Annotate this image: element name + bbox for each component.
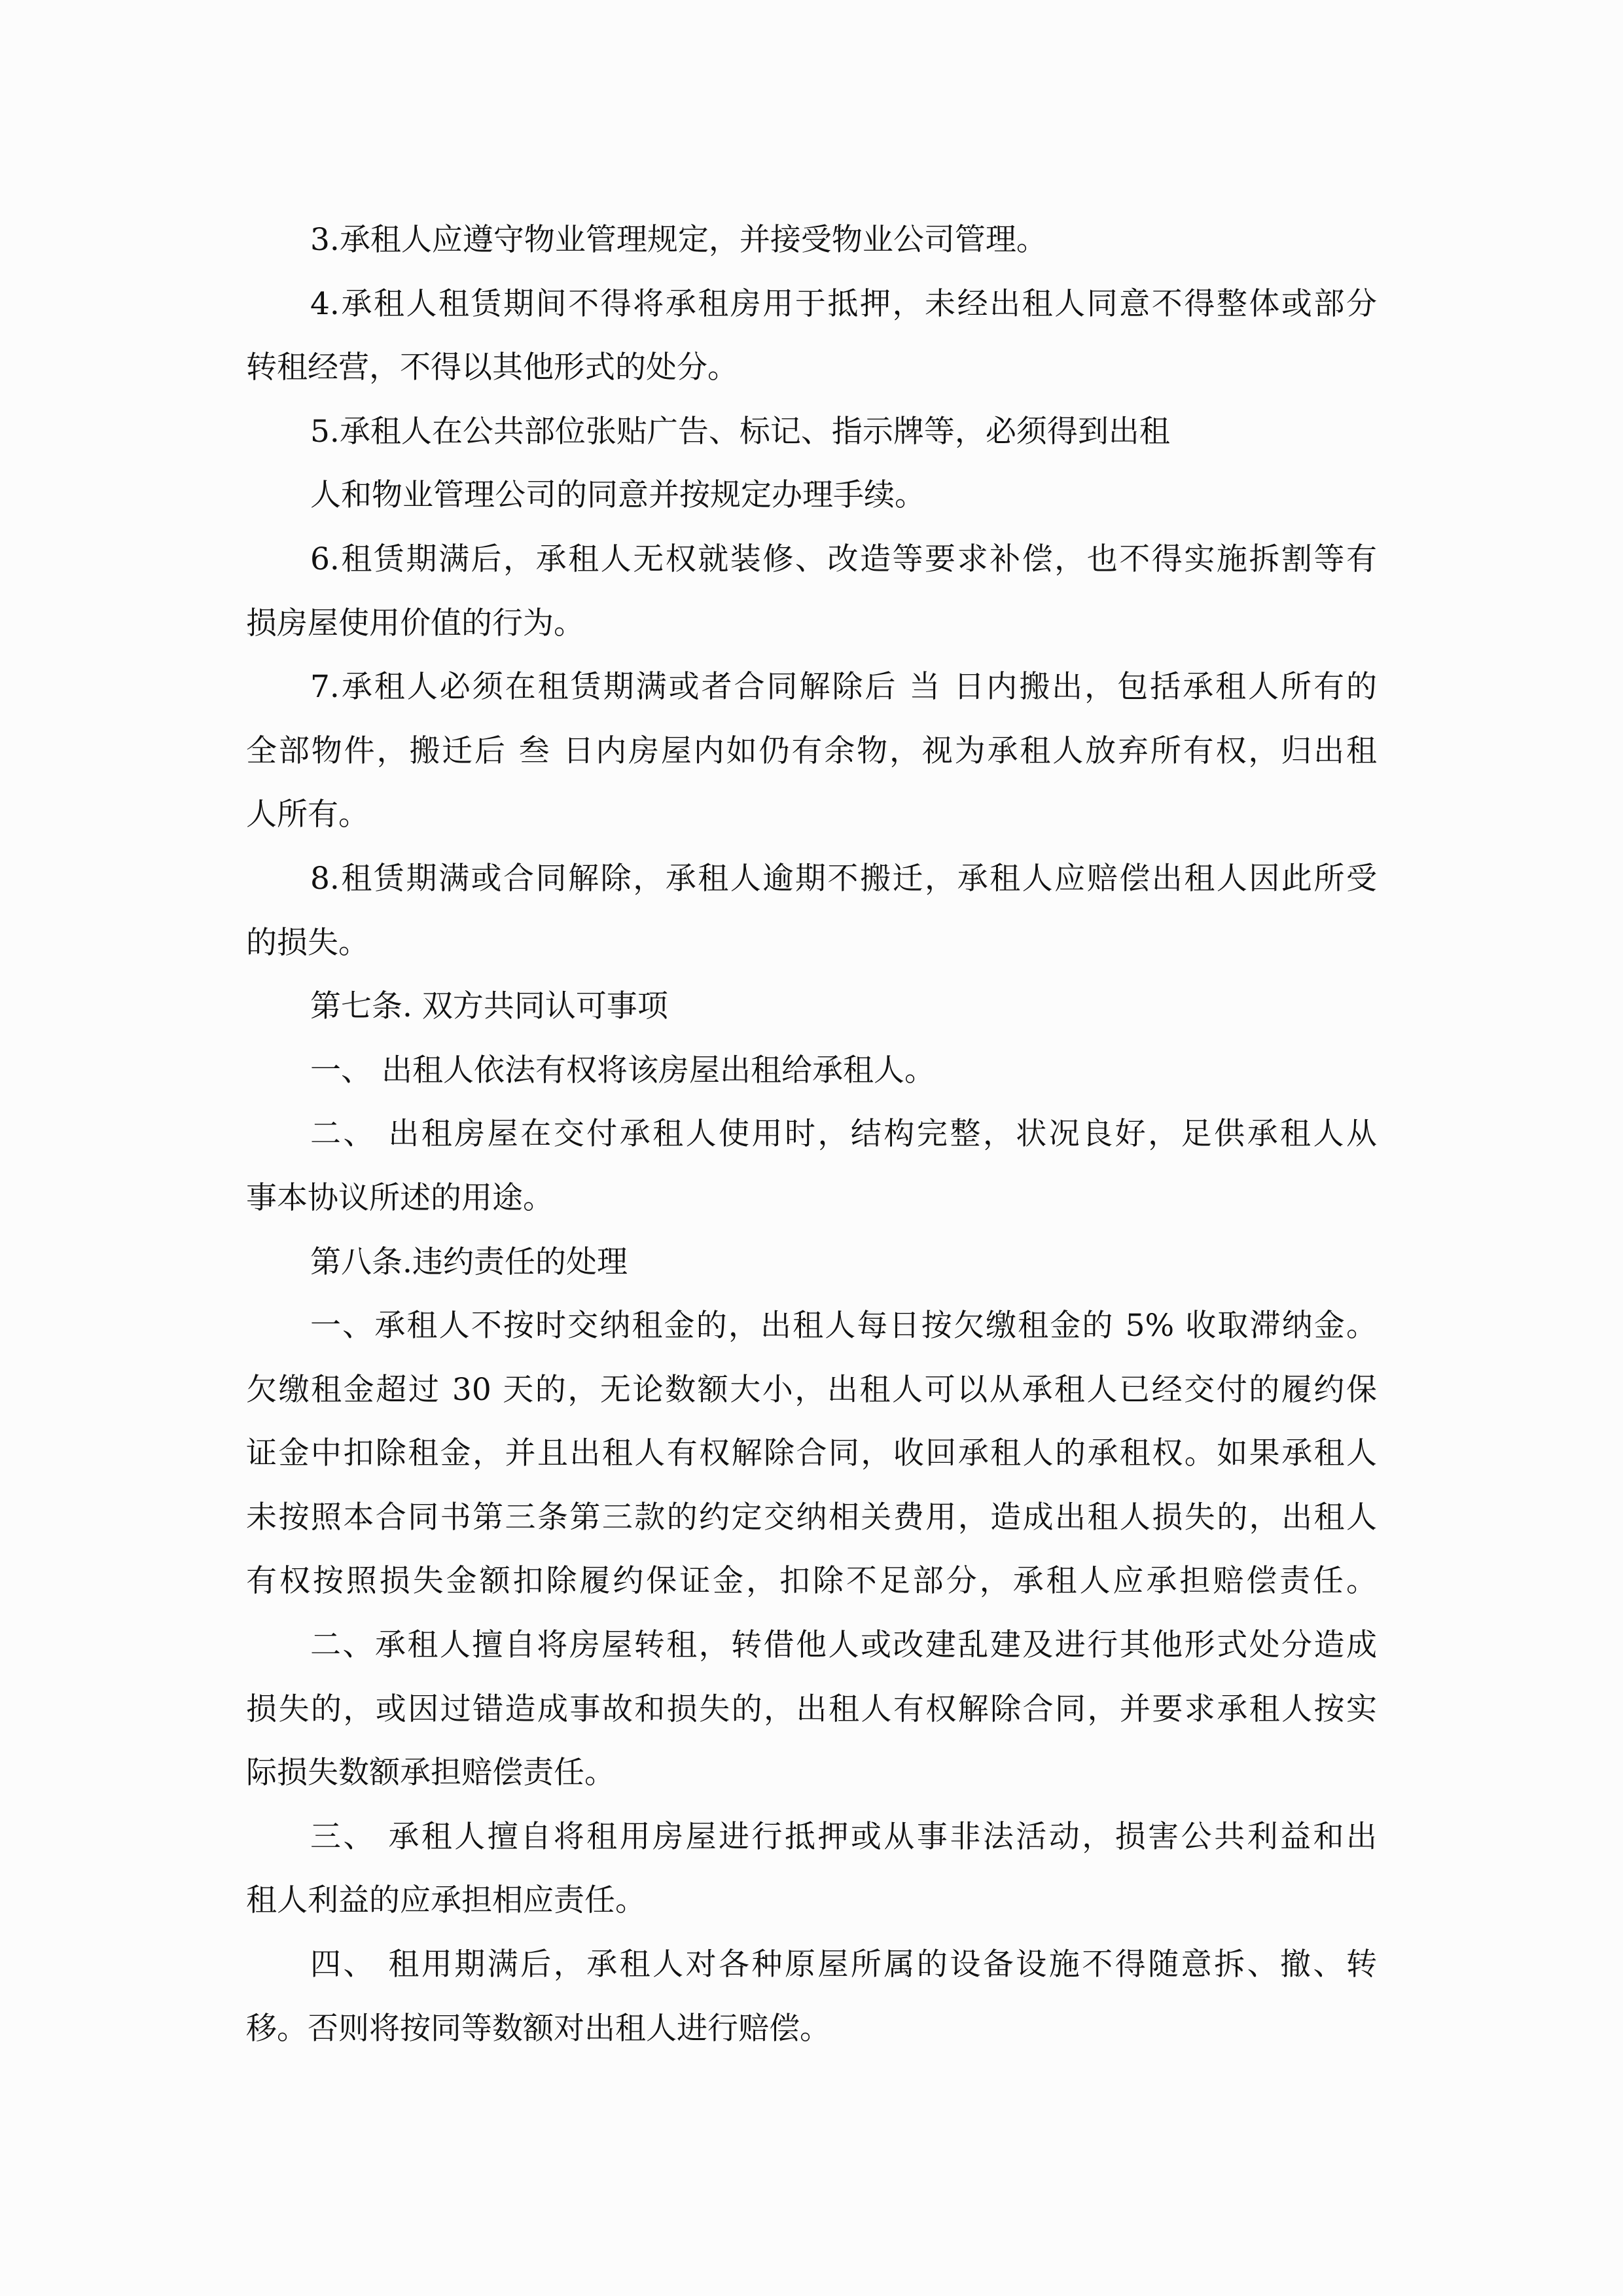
text-line: 的损失。: [246, 911, 1377, 975]
text-line: 转租经营，不得以其他形式的处分。: [246, 336, 1377, 400]
text-line: 二、承租人擅自将房屋转租，转借他人或改建乱建及进行其他形式处分造成: [246, 1613, 1377, 1677]
text-line: 四、 租用期满后，承租人对各种原屋所属的设备设施不得随意拆、撤、转: [246, 1933, 1377, 1997]
text-line: 三、 承租人擅自将租用房屋进行抵押或从事非法活动，损害公共利益和出: [246, 1805, 1377, 1869]
text-line: 5.承租人在公共部位张贴广告、标记、指示牌等，必须得到出租: [246, 400, 1377, 464]
text-line: 6.租赁期满后，承租人无权就装修、改造等要求补偿，也不得实施拆割等有: [246, 528, 1377, 592]
text-line: 7.承租人必须在租赁期满或者合同解除后 当 日内搬出，包括承租人所有的: [246, 655, 1377, 719]
document-body: 3.承租人应遵守物业管理规定，并接受物业公司管理。 4.承租人租赁期间不得将承租…: [246, 208, 1377, 2060]
text-line: 人和物业管理公司的同意并按规定办理手续。: [246, 463, 1377, 528]
text-line: 一、 出租人依法有权将该房屋出租给承租人。: [246, 1039, 1377, 1103]
text-line: 4.承租人租赁期间不得将承租房用于抵押，未经出租人同意不得整体或部分: [246, 272, 1377, 336]
text-line: 租人利益的应承担相应责任。: [246, 1869, 1377, 1933]
section-heading: 第八条.违约责任的处理: [246, 1230, 1377, 1295]
section-heading: 第七条. 双方共同认可事项: [246, 975, 1377, 1039]
text-line: 一、承租人不按时交纳租金的，出租人每日按欠缴租金的 5% 收取滞纳金。: [246, 1294, 1377, 1358]
text-line: 有权按照损失金额扣除履约保证金，扣除不足部分，承租人应承担赔偿责任。: [246, 1549, 1377, 1613]
document-page: 3.承租人应遵守物业管理规定，并接受物业公司管理。 4.承租人租赁期间不得将承租…: [0, 0, 1623, 2296]
text-line: 事本协议所述的用途。: [246, 1166, 1377, 1230]
text-line: 人所有。: [246, 783, 1377, 847]
text-line: 未按照本合同书第三条第三款的约定交纳相关费用，造成出租人损失的，出租人: [246, 1486, 1377, 1550]
text-line: 移。否则将按同等数额对出租人进行赔偿。: [246, 1997, 1377, 2061]
text-line: 3.承租人应遵守物业管理规定，并接受物业公司管理。: [246, 208, 1377, 272]
text-line: 际损失数额承担赔偿责任。: [246, 1741, 1377, 1805]
text-line: 欠缴租金超过 30 天的，无论数额大小，出租人可以从承租人已经交付的履约保: [246, 1358, 1377, 1422]
text-line: 8.租赁期满或合同解除，承租人逾期不搬迁，承租人应赔偿出租人因此所受: [246, 847, 1377, 911]
text-line: 损房屋使用价值的行为。: [246, 592, 1377, 656]
text-line: 损失的，或因过错造成事故和损失的，出租人有权解除合同，并要求承租人按实: [246, 1677, 1377, 1742]
text-line: 证金中扣除租金，并且出租人有权解除合同，收回承租人的承租权。如果承租人: [246, 1422, 1377, 1486]
text-line: 全部物件，搬迁后 叁 日内房屋内如仍有余物，视为承租人放弃所有权，归出租: [246, 719, 1377, 783]
text-line: 二、 出租房屋在交付承租人使用时，结构完整，状况良好，足供承租人从: [246, 1102, 1377, 1166]
